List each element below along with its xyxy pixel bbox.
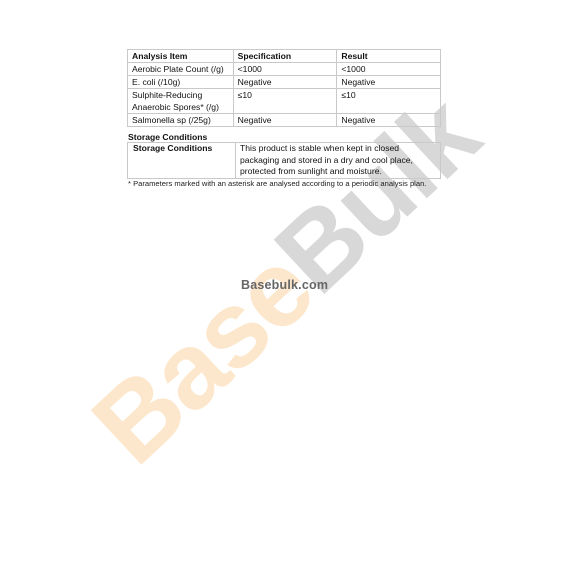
analysis-table: Analysis Item Specification Result Aerob… [127, 49, 441, 127]
storage-text: This product is stable when kept in clos… [236, 143, 441, 179]
cell-item: E. coli (/10g) [128, 76, 234, 89]
header-specification: Specification [233, 50, 337, 63]
cell-spec: <1000 [233, 63, 337, 76]
storage-label: Storage Conditions [128, 143, 236, 179]
cell-spec: Negative [233, 76, 337, 89]
watermark-base: Base [69, 227, 334, 486]
cell-result: Negative [337, 114, 441, 127]
header-result: Result [337, 50, 441, 63]
cell-spec: ≤10 [233, 89, 337, 114]
cell-result: Negative [337, 76, 441, 89]
cell-item: Sulphite-Reducing Anaerobic Spores* (/g) [128, 89, 234, 114]
watermark-site: Basebulk.com [241, 278, 328, 292]
footnote: * Parameters marked with an asterisk are… [128, 178, 448, 189]
header-analysis-item: Analysis Item [128, 50, 234, 63]
table-row: Storage Conditions This product is stabl… [128, 143, 441, 179]
document-page: BaseBulk Analysis Item Specification Res… [0, 0, 570, 570]
table-row: Aerobic Plate Count (/g) <1000 <1000 [128, 63, 441, 76]
table-row: Salmonella sp (/25g) Negative Negative [128, 114, 441, 127]
cell-item: Salmonella sp (/25g) [128, 114, 234, 127]
cell-result: <1000 [337, 63, 441, 76]
cell-result: ≤10 [337, 89, 441, 114]
storage-table: Storage Conditions This product is stabl… [127, 142, 441, 179]
table-row: Sulphite-Reducing Anaerobic Spores* (/g)… [128, 89, 441, 114]
cell-spec: Negative [233, 114, 337, 127]
table-row: E. coli (/10g) Negative Negative [128, 76, 441, 89]
table-header-row: Analysis Item Specification Result [128, 50, 441, 63]
cell-item: Aerobic Plate Count (/g) [128, 63, 234, 76]
